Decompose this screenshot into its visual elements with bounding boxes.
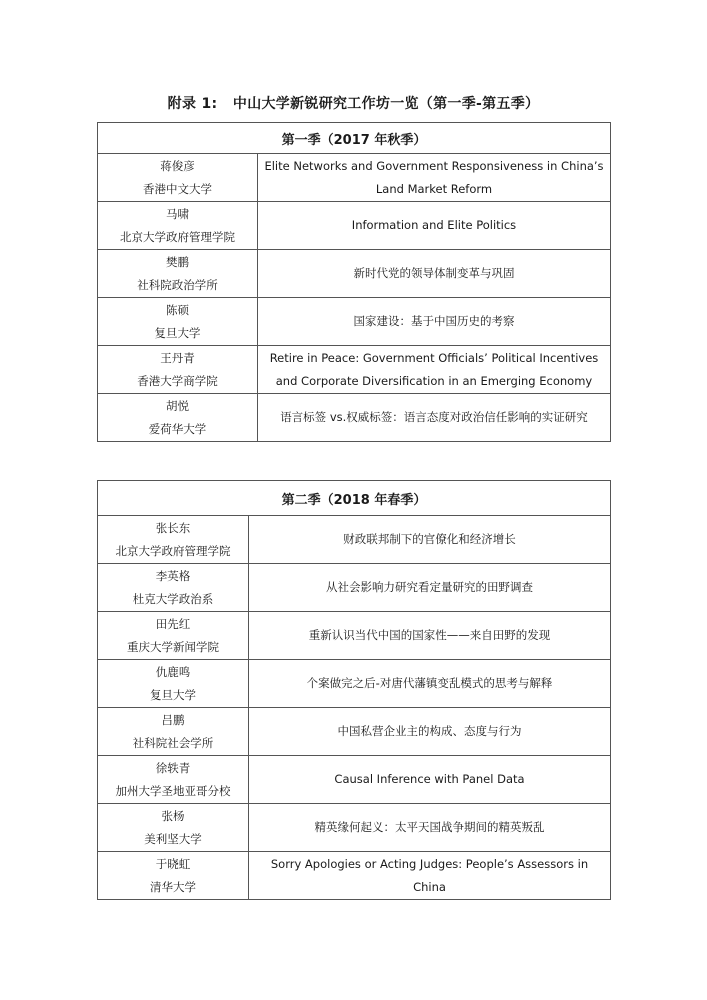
presenter-name: 陈硕 — [102, 299, 253, 322]
topic-cell: 中国私营企业主的构成、态度与行为 — [249, 708, 611, 756]
topic-cell: 新时代党的领导体制变革与巩固 — [258, 250, 611, 298]
topic-cell: Sorry Apologies or Acting Judges: People… — [249, 852, 611, 900]
table-row: 胡悦 爱荷华大学 语言标签 vs.权威标签：语言态度对政治信任影响的实证研究 — [98, 394, 611, 442]
topic-cell: 从社会影响力研究看定量研究的田野调查 — [249, 564, 611, 612]
presenter-cell: 仇鹿鸣 复旦大学 — [98, 660, 249, 708]
presenter-institution: 重庆大学新闻学院 — [102, 636, 244, 659]
presenter-name: 蒋俊彦 — [102, 155, 253, 178]
season-header: 第二季（2018 年春季） — [98, 481, 611, 516]
presenter-name: 张长东 — [102, 517, 244, 540]
presenter-institution: 美利坚大学 — [102, 828, 244, 851]
topic-cell: 语言标签 vs.权威标签：语言态度对政治信任影响的实证研究 — [258, 394, 611, 442]
topic-cell: Elite Networks and Government Responsive… — [258, 154, 611, 202]
presenter-name: 胡悦 — [102, 395, 253, 418]
presenter-name: 吕鹏 — [102, 709, 244, 732]
presenter-cell: 张长东 北京大学政府管理学院 — [98, 516, 249, 564]
presenter-cell: 田先红 重庆大学新闻学院 — [98, 612, 249, 660]
topic-cell: 精英缘何起义：太平天国战争期间的精英叛乱 — [249, 804, 611, 852]
table-row: 张长东 北京大学政府管理学院 财政联邦制下的官僚化和经济增长 — [98, 516, 611, 564]
presenter-name: 马啸 — [102, 203, 253, 226]
table-row: 张杨 美利坚大学 精英缘何起义：太平天国战争期间的精英叛乱 — [98, 804, 611, 852]
presenter-name: 仇鹿鸣 — [102, 661, 244, 684]
season-header-row: 第一季（2017 年秋季） — [98, 123, 611, 154]
presenter-cell: 张杨 美利坚大学 — [98, 804, 249, 852]
topic-cell: 国家建设：基于中国历史的考察 — [258, 298, 611, 346]
presenter-institution: 杜克大学政治系 — [102, 588, 244, 611]
presenter-institution: 香港大学商学院 — [102, 370, 253, 393]
presenter-institution: 香港中文大学 — [102, 178, 253, 201]
presenter-institution: 社科院社会学所 — [102, 732, 244, 755]
table-row: 徐轶青 加州大学圣地亚哥分校 Causal Inference with Pan… — [98, 756, 611, 804]
topic-cell: Information and Elite Politics — [258, 202, 611, 250]
table-row: 李英格 杜克大学政治系 从社会影响力研究看定量研究的田野调查 — [98, 564, 611, 612]
presenter-cell: 蒋俊彦 香港中文大学 — [98, 154, 258, 202]
presenter-cell: 李英格 杜克大学政治系 — [98, 564, 249, 612]
table-row: 田先红 重庆大学新闻学院 重新认识当代中国的国家性——来自田野的发现 — [98, 612, 611, 660]
presenter-cell: 陈硕 复旦大学 — [98, 298, 258, 346]
season-1-table: 第一季（2017 年秋季） 蒋俊彦 香港中文大学 Elite Networks … — [97, 122, 611, 442]
page-title: 附录 1: 中山大学新锐研究工作坊一览（第一季-第五季） — [0, 93, 707, 113]
presenter-name: 徐轶青 — [102, 757, 244, 780]
presenter-institution: 复旦大学 — [102, 684, 244, 707]
table-row: 樊鹏 社科院政治学所 新时代党的领导体制变革与巩固 — [98, 250, 611, 298]
presenter-name: 田先红 — [102, 613, 244, 636]
season-header: 第一季（2017 年秋季） — [98, 123, 611, 154]
presenter-cell: 马啸 北京大学政府管理学院 — [98, 202, 258, 250]
presenter-institution: 复旦大学 — [102, 322, 253, 345]
presenter-institution: 清华大学 — [102, 876, 244, 899]
table-row: 陈硕 复旦大学 国家建设：基于中国历史的考察 — [98, 298, 611, 346]
presenter-cell: 于晓虹 清华大学 — [98, 852, 249, 900]
season-header-row: 第二季（2018 年春季） — [98, 481, 611, 516]
presenter-cell: 胡悦 爱荷华大学 — [98, 394, 258, 442]
table-row: 马啸 北京大学政府管理学院 Information and Elite Poli… — [98, 202, 611, 250]
presenter-institution: 社科院政治学所 — [102, 274, 253, 297]
topic-cell: Causal Inference with Panel Data — [249, 756, 611, 804]
presenter-institution: 爱荷华大学 — [102, 418, 253, 441]
presenter-name: 李英格 — [102, 565, 244, 588]
presenter-institution: 北京大学政府管理学院 — [102, 226, 253, 249]
table-row: 王丹青 香港大学商学院 Retire in Peace: Government … — [98, 346, 611, 394]
presenter-name: 张杨 — [102, 805, 244, 828]
presenter-institution: 北京大学政府管理学院 — [102, 540, 244, 563]
presenter-cell: 樊鹏 社科院政治学所 — [98, 250, 258, 298]
presenter-cell: 吕鹏 社科院社会学所 — [98, 708, 249, 756]
table-row: 于晓虹 清华大学 Sorry Apologies or Acting Judge… — [98, 852, 611, 900]
topic-cell: Retire in Peace: Government Officials’ P… — [258, 346, 611, 394]
season-2-table: 第二季（2018 年春季） 张长东 北京大学政府管理学院 财政联邦制下的官僚化和… — [97, 480, 611, 900]
presenter-cell: 王丹青 香港大学商学院 — [98, 346, 258, 394]
table-row: 仇鹿鸣 复旦大学 个案做完之后-对唐代藩镇变乱模式的思考与解释 — [98, 660, 611, 708]
presenter-name: 于晓虹 — [102, 853, 244, 876]
presenter-institution: 加州大学圣地亚哥分校 — [102, 780, 244, 803]
presenter-name: 王丹青 — [102, 347, 253, 370]
presenter-name: 樊鹏 — [102, 251, 253, 274]
topic-cell: 重新认识当代中国的国家性——来自田野的发现 — [249, 612, 611, 660]
topic-cell: 财政联邦制下的官僚化和经济增长 — [249, 516, 611, 564]
topic-cell: 个案做完之后-对唐代藩镇变乱模式的思考与解释 — [249, 660, 611, 708]
table-row: 蒋俊彦 香港中文大学 Elite Networks and Government… — [98, 154, 611, 202]
presenter-cell: 徐轶青 加州大学圣地亚哥分校 — [98, 756, 249, 804]
table-row: 吕鹏 社科院社会学所 中国私营企业主的构成、态度与行为 — [98, 708, 611, 756]
